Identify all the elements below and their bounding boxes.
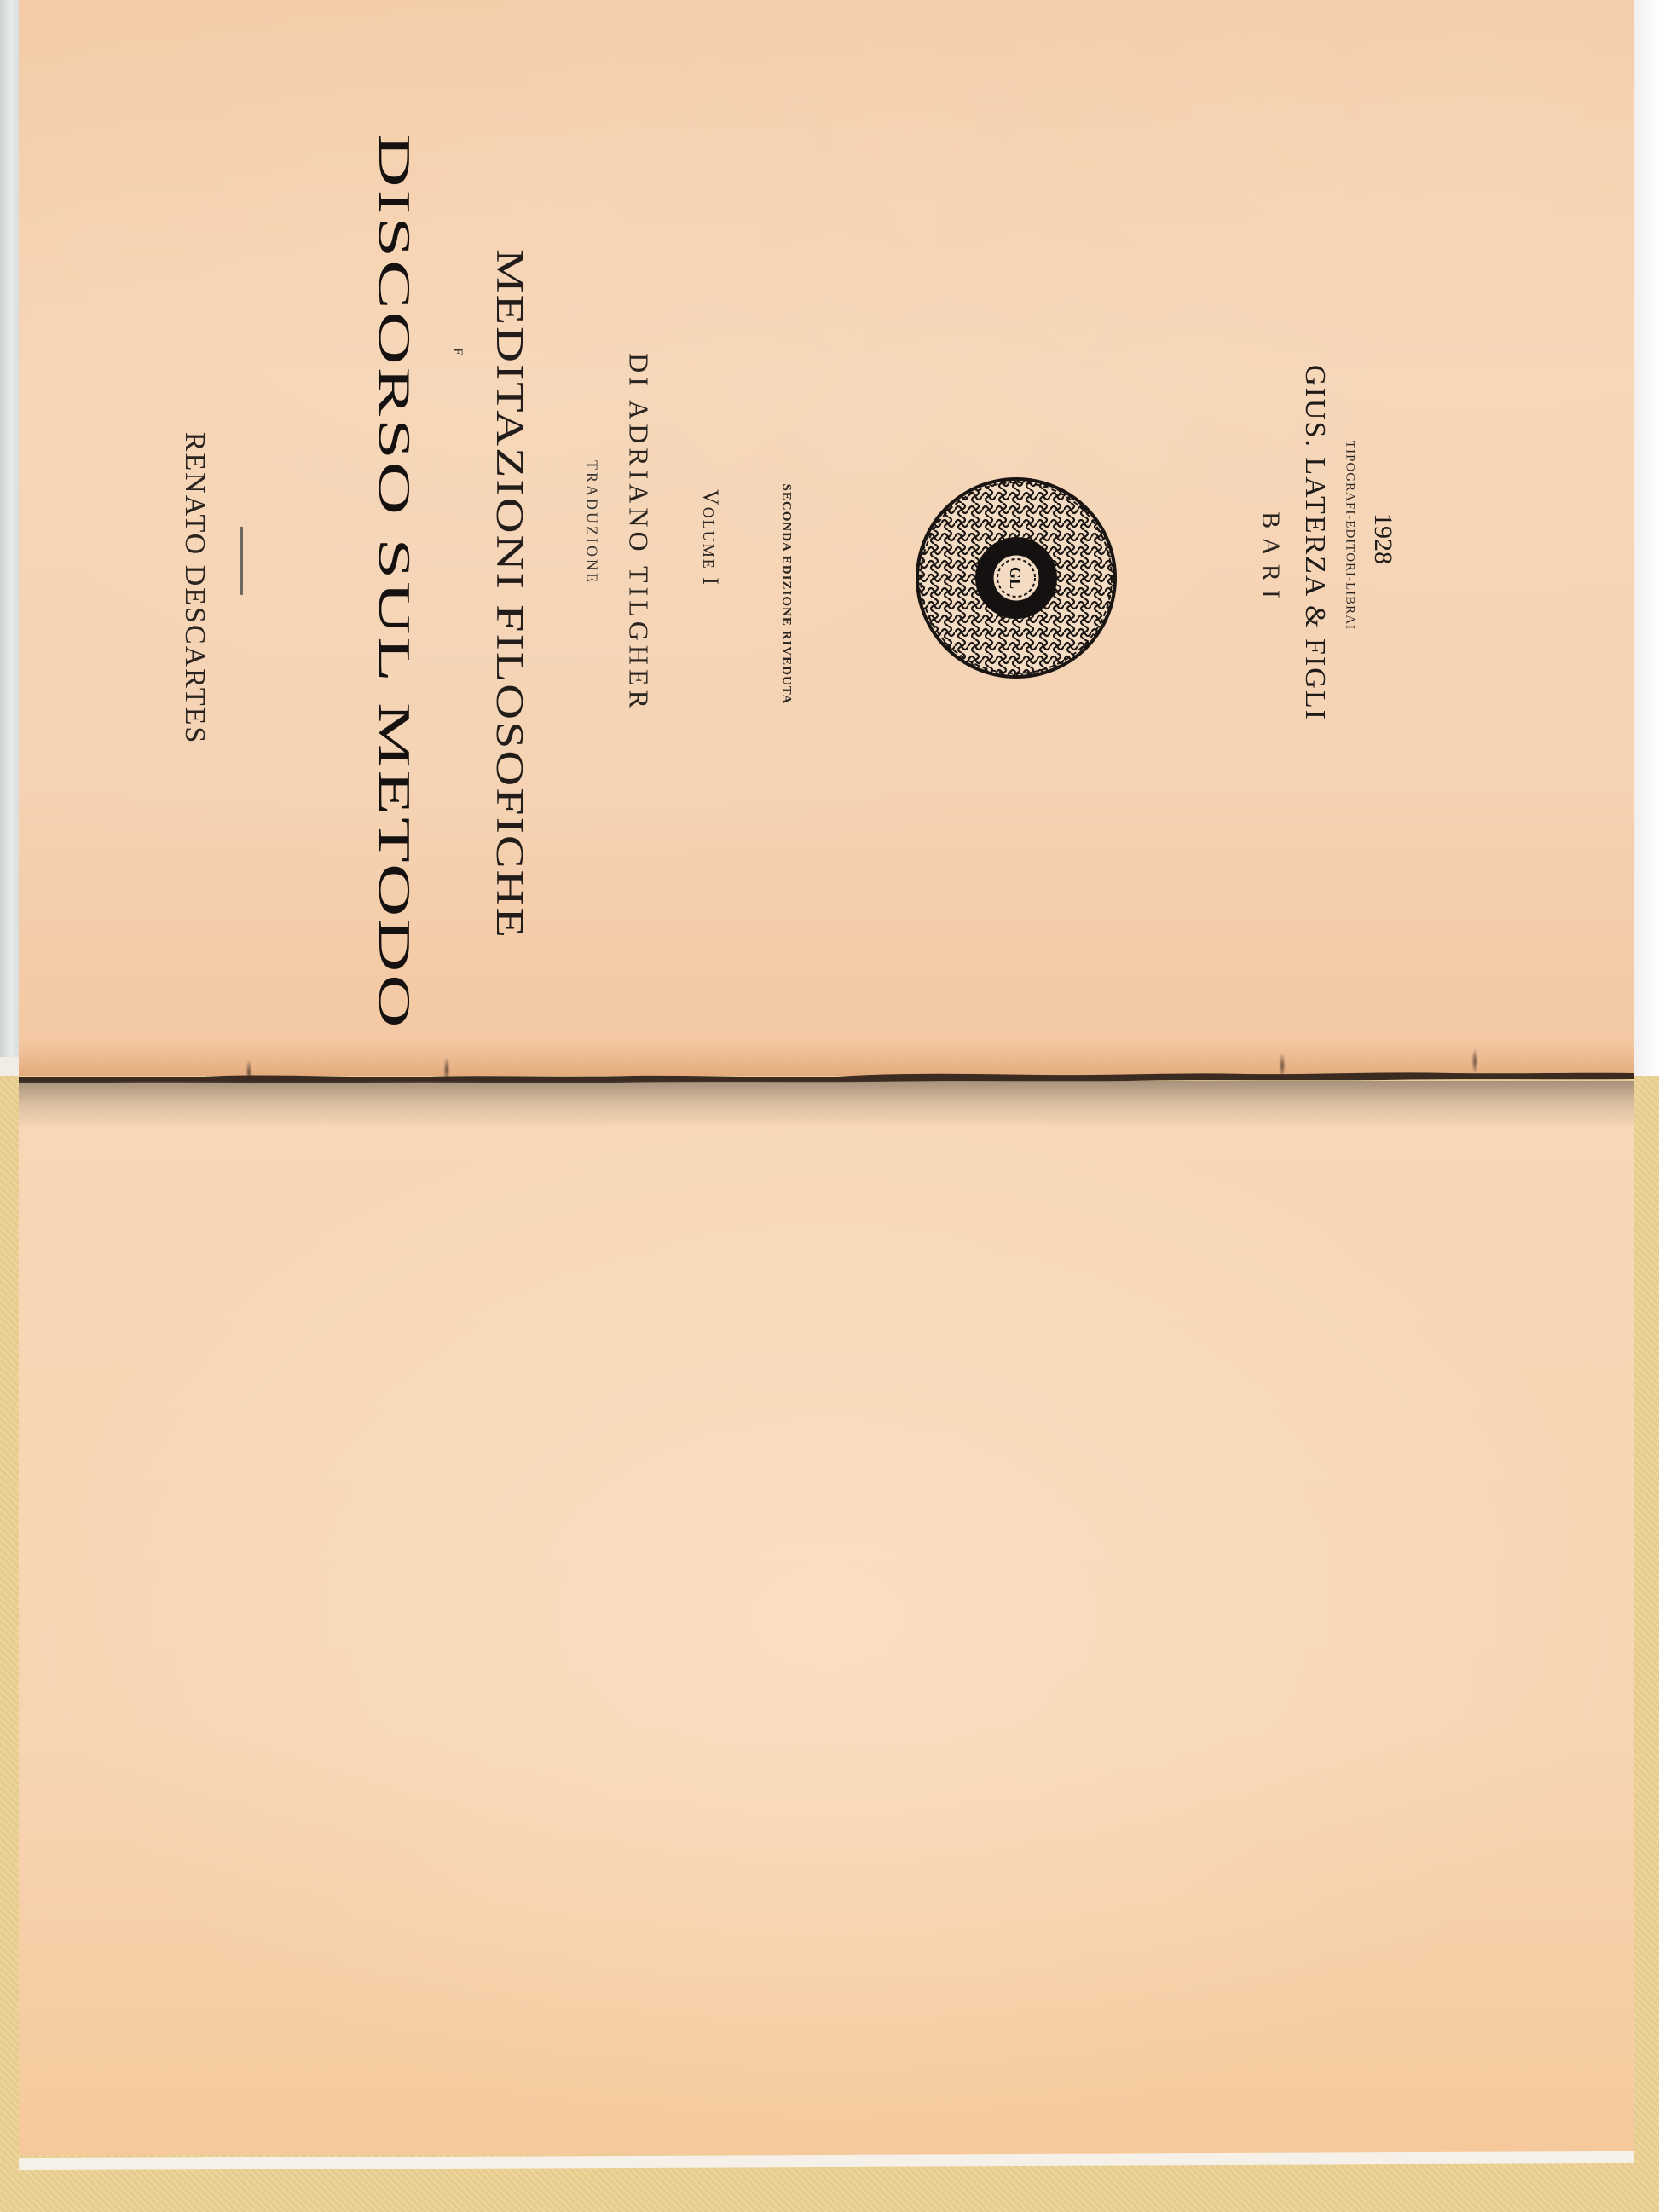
translator-name: DI ADRIANO TILGHER bbox=[623, 353, 655, 713]
binding-thread bbox=[443, 1057, 450, 1083]
conjunction: E bbox=[449, 348, 465, 356]
book-title: DISCORSO SUL METODO bbox=[368, 135, 421, 1031]
binding-thread bbox=[246, 1060, 252, 1085]
facing-blank-page bbox=[19, 1081, 1634, 2155]
spine-shadow bbox=[19, 1081, 1634, 1128]
edition-label: SECONDA EDIZIONE RIVEDUTA bbox=[779, 484, 794, 705]
scanner-edge-left bbox=[0, 0, 19, 1057]
book-subtitle: MEDITAZIONI FILOSOFICHE bbox=[488, 249, 532, 939]
volume-label: Volume I bbox=[697, 489, 723, 586]
scanner-edge-right bbox=[1634, 0, 1659, 1076]
publisher-tagline: TIPOGRAFI-EDITORI-LIBRAI bbox=[1343, 441, 1357, 630]
publication-year: 1928 bbox=[1368, 513, 1397, 564]
divider-rule bbox=[240, 527, 243, 595]
translation-label: TRADUZIONE bbox=[583, 460, 601, 585]
binding-thread bbox=[1279, 1053, 1286, 1078]
svg-text:GL: GL bbox=[1007, 567, 1024, 589]
binding-thread bbox=[1471, 1048, 1478, 1074]
imprint-place: BARI bbox=[1256, 511, 1285, 607]
author-name: RENATO DESCARTES bbox=[178, 432, 211, 745]
publisher-emblem-icon: GL bbox=[914, 476, 1119, 680]
publisher-name: GIUS. LATERZA & FIGLI bbox=[1298, 365, 1331, 721]
